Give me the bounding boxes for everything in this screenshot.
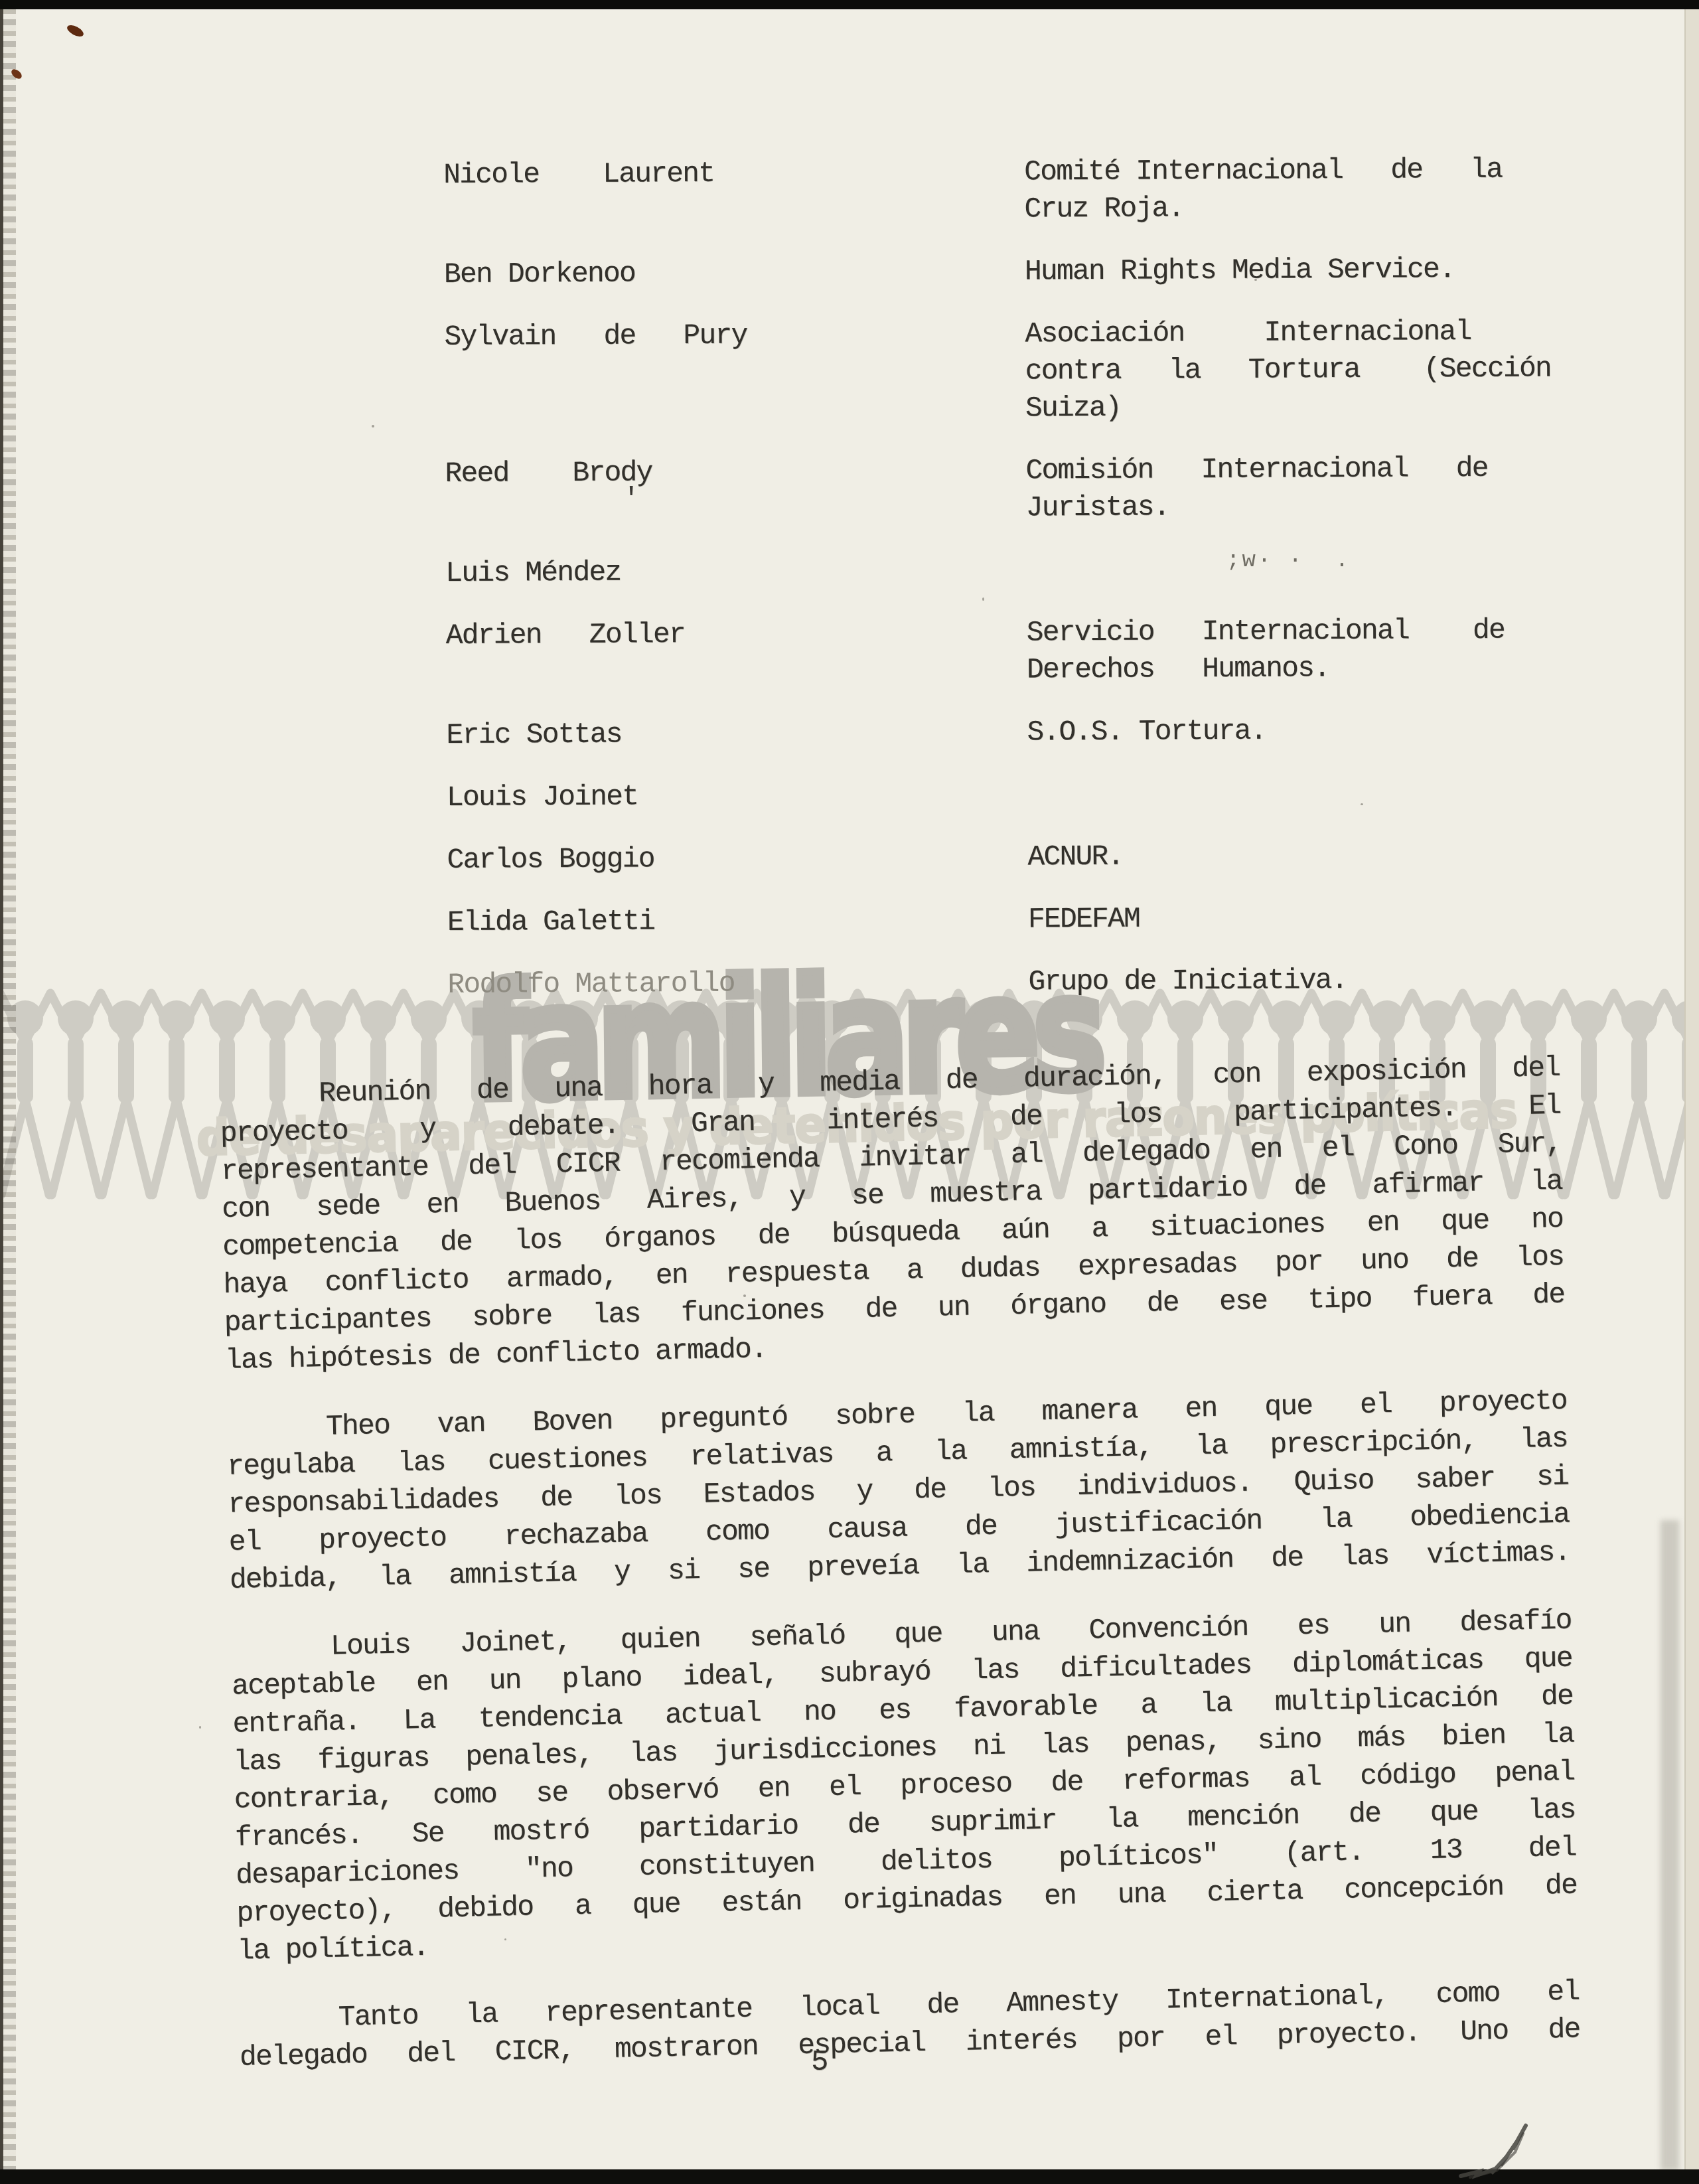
participant-organization: ACNUR. bbox=[1027, 836, 1588, 876]
organization-line: Asociación Internacional bbox=[1025, 313, 1586, 352]
organization-line: ACNUR. bbox=[1027, 836, 1588, 876]
participant-name: Luis Méndez bbox=[445, 552, 1026, 592]
participant-name: Reed Brody bbox=[445, 452, 1026, 530]
participant-name: Ben Dorkenoo bbox=[444, 253, 1025, 293]
participant-row: Reed Brody Comisión Internacional deJuri… bbox=[445, 449, 1587, 530]
paragraph: Louis Joinet, quien señaló que una Conve… bbox=[230, 1602, 1578, 1970]
participant-name: Eric Sottas bbox=[446, 714, 1027, 754]
organization-line: Grupo de Iniciativa. bbox=[1028, 961, 1589, 1000]
organization-line: Servicio Internacional de bbox=[1027, 611, 1588, 651]
organization-line: FEDEFAM bbox=[1028, 898, 1589, 938]
participant-organization: Grupo de Iniciativa. bbox=[1028, 961, 1589, 1000]
paper-speck bbox=[372, 425, 374, 428]
organization-line: Comité Internacional de la bbox=[1024, 151, 1585, 191]
participant-row: Elida Galetti FEDEFAM bbox=[447, 898, 1589, 941]
paragraph: Tanto la representante local de Amnesty … bbox=[238, 1972, 1580, 2076]
organization-line: Human Rights Media Service. bbox=[1025, 250, 1586, 290]
participant-organization: S.O.S. Tortura. bbox=[1027, 711, 1588, 751]
participant-organization: Comité Internacional de laCruz Roja. bbox=[1024, 151, 1586, 228]
participant-organization: Human Rights Media Service. bbox=[1025, 250, 1586, 290]
participant-row: Ben Dorkenoo Human Rights Media Service. bbox=[444, 250, 1586, 293]
participant-name: Carlos Boggio bbox=[447, 838, 1027, 879]
organization-line: Suiza) bbox=[1025, 387, 1586, 427]
participant-organization: FEDEFAM bbox=[1028, 898, 1589, 938]
minutes-paragraphs: Reunión de una hora y media de duración,… bbox=[219, 1049, 1581, 2107]
organization-line: Derechos Humanos. bbox=[1027, 649, 1588, 688]
participant-row: Nicole Laurent Comité Internacional de l… bbox=[443, 151, 1586, 231]
paragraph: Theo van Boven preguntó sobre la manera … bbox=[226, 1382, 1571, 1599]
organization-line: Cruz Roja. bbox=[1024, 188, 1585, 228]
paper-speck bbox=[199, 1726, 201, 1729]
paragraph: Reunión de una hora y media de duración,… bbox=[219, 1049, 1566, 1379]
participant-organization: Asociación Internacionalcontra la Tortur… bbox=[1025, 313, 1586, 427]
scan-edge-left-speckle bbox=[3, 9, 16, 2171]
participant-name: Sylvain de Pury bbox=[444, 315, 1025, 430]
organization-line: Juristas. bbox=[1026, 487, 1587, 526]
scan-edge-bottom bbox=[0, 2169, 1699, 2184]
participant-row: Rodolfo Mattarollo Grupo de Iniciativa. bbox=[447, 961, 1589, 1004]
participants-list: Nicole Laurent Comité Internacional de l… bbox=[443, 151, 1589, 1029]
paper-edge-right bbox=[1684, 9, 1699, 2169]
participant-row: Eric Sottas S.O.S. Tortura. bbox=[446, 711, 1588, 754]
participant-name: Nicole Laurent bbox=[443, 153, 1025, 231]
participant-organization: Comisión Internacional deJuristas. bbox=[1025, 449, 1587, 526]
participant-organization: Servicio Internacional deDerechos Humano… bbox=[1027, 611, 1588, 688]
scan-edge-top bbox=[0, 0, 1699, 9]
scan-fuzz-right bbox=[1661, 1520, 1679, 2171]
participant-name: Adrien Zoller bbox=[446, 614, 1027, 692]
participant-organization bbox=[1027, 773, 1588, 813]
participant-row: Louis Joinet bbox=[447, 773, 1588, 817]
participant-name: Rodolfo Mattarollo bbox=[447, 963, 1028, 1004]
participant-row: Sylvain de Pury Asociación Internacional… bbox=[444, 313, 1586, 430]
burn-mark bbox=[66, 23, 86, 39]
scanned-document-page: familiares de desaparecidos y detenidos … bbox=[0, 0, 1699, 2184]
participant-organization bbox=[1026, 549, 1587, 589]
organization-line: contra la Tortura (Sección bbox=[1025, 350, 1586, 390]
participant-row: Luis Méndez bbox=[445, 549, 1587, 592]
organization-line: Comisión Internacional de bbox=[1025, 449, 1586, 489]
organization-line: S.O.S. Tortura. bbox=[1027, 711, 1588, 751]
participant-row: Adrien Zoller Servicio Internacional deD… bbox=[446, 611, 1588, 692]
participant-name: Elida Galetti bbox=[447, 901, 1028, 941]
pen-scribble bbox=[1457, 2106, 1556, 2182]
participant-row: Carlos Boggio ACNUR. bbox=[447, 836, 1588, 879]
page-number: 5 bbox=[811, 2046, 828, 2079]
participant-name: Louis Joinet bbox=[447, 776, 1027, 817]
